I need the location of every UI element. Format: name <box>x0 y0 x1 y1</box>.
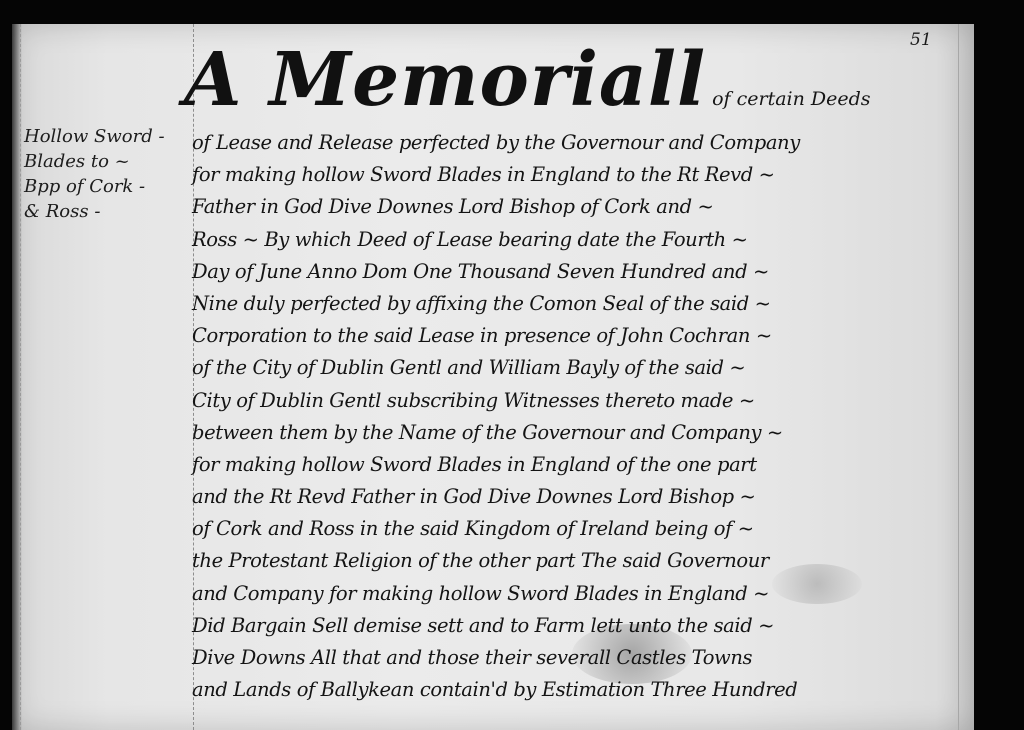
text-line: of the City of Dublin Gentl and William … <box>192 352 962 384</box>
text-line: of Lease and Release perfected by the Go… <box>192 127 962 159</box>
text-line: Day of June Anno Dom One Thousand Seven … <box>192 256 962 288</box>
text-line: between them by the Name of the Governou… <box>192 417 962 449</box>
scanned-manuscript: 51 A Memoriallof certain Deeds Hollow Sw… <box>0 0 1024 730</box>
heading: A Memoriallof certain Deeds <box>184 30 964 130</box>
text-line: Corporation to the said Lease in presenc… <box>192 320 962 352</box>
margin-note-line: Blades to ~ <box>24 149 194 174</box>
text-line: of Cork and Ross in the said Kingdom of … <box>192 513 962 545</box>
manuscript-page: 51 A Memoriallof certain Deeds Hollow Sw… <box>12 24 974 730</box>
left-page-rule <box>20 24 21 730</box>
text-line: and Lands of Ballykean contain'd by Esti… <box>192 674 962 706</box>
text-line: Nine duly perfected by affixing the Como… <box>192 288 962 320</box>
text-line: Did Bargain Sell demise sett and to Farm… <box>192 610 962 642</box>
marginal-note: Hollow Sword - Blades to ~ Bpp of Cork -… <box>24 124 194 224</box>
margin-note-line: Hollow Sword - <box>24 124 194 149</box>
text-line: for making hollow Sword Blades in Englan… <box>192 159 962 191</box>
memorial-body: of Lease and Release perfected by the Go… <box>192 127 962 706</box>
title-continuation: of certain Deeds <box>712 88 870 110</box>
document-title: A Memoriall <box>184 37 706 123</box>
text-line: the Protestant Religion of the other par… <box>192 545 962 577</box>
text-line: and the Rt Revd Father in God Dive Downe… <box>192 481 962 513</box>
text-line: and Company for making hollow Sword Blad… <box>192 578 962 610</box>
text-line: Father in God Dive Downes Lord Bishop of… <box>192 191 962 223</box>
margin-note-line: & Ross - <box>24 199 194 224</box>
text-line: City of Dublin Gentl subscribing Witness… <box>192 385 962 417</box>
text-line: Ross ~ By which Deed of Lease bearing da… <box>192 224 962 256</box>
text-line: for making hollow Sword Blades in Englan… <box>192 449 962 481</box>
text-line: Dive Downs All that and those their seve… <box>192 642 962 674</box>
margin-note-line: Bpp of Cork - <box>24 174 194 199</box>
